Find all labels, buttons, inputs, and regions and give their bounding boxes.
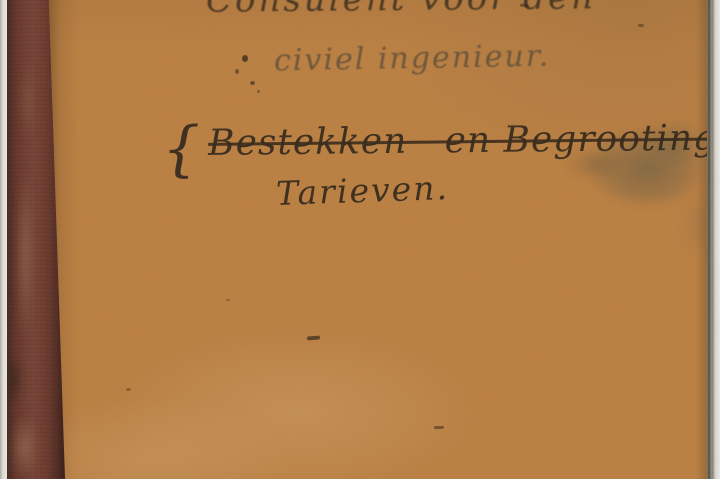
ink-blot	[235, 69, 239, 74]
scan-margin-left	[0, 0, 8, 479]
book-cover-photo: Consulent voor den civiel ingenieur. { B…	[0, 0, 720, 479]
spine-wear-patch	[9, 415, 39, 479]
ink-blot	[242, 55, 248, 62]
ink-blot	[257, 90, 260, 93]
spine-wear-patch	[17, 165, 33, 345]
speck	[434, 426, 444, 430]
ink-blot	[250, 81, 255, 85]
struck-text: Bestekken en Begrootingen	[208, 117, 720, 164]
speck	[226, 299, 230, 301]
book-front-cover: Consulent voor den civiel ingenieur. { B…	[46, 0, 707, 479]
speck	[307, 336, 320, 341]
spine-stain	[5, 352, 23, 406]
opening-brace: {	[162, 119, 201, 179]
speck	[126, 388, 131, 391]
speck	[638, 24, 644, 27]
scan-margin-right	[711, 0, 720, 479]
handwritten-line-top-cropped: Consulent voor den	[206, 0, 596, 21]
handwritten-line-tarieven: Tarieven.	[275, 168, 449, 213]
handwritten-line-civiel-ingenieur: civiel ingenieur.	[274, 39, 551, 79]
spine-wear-patch	[21, 55, 33, 145]
